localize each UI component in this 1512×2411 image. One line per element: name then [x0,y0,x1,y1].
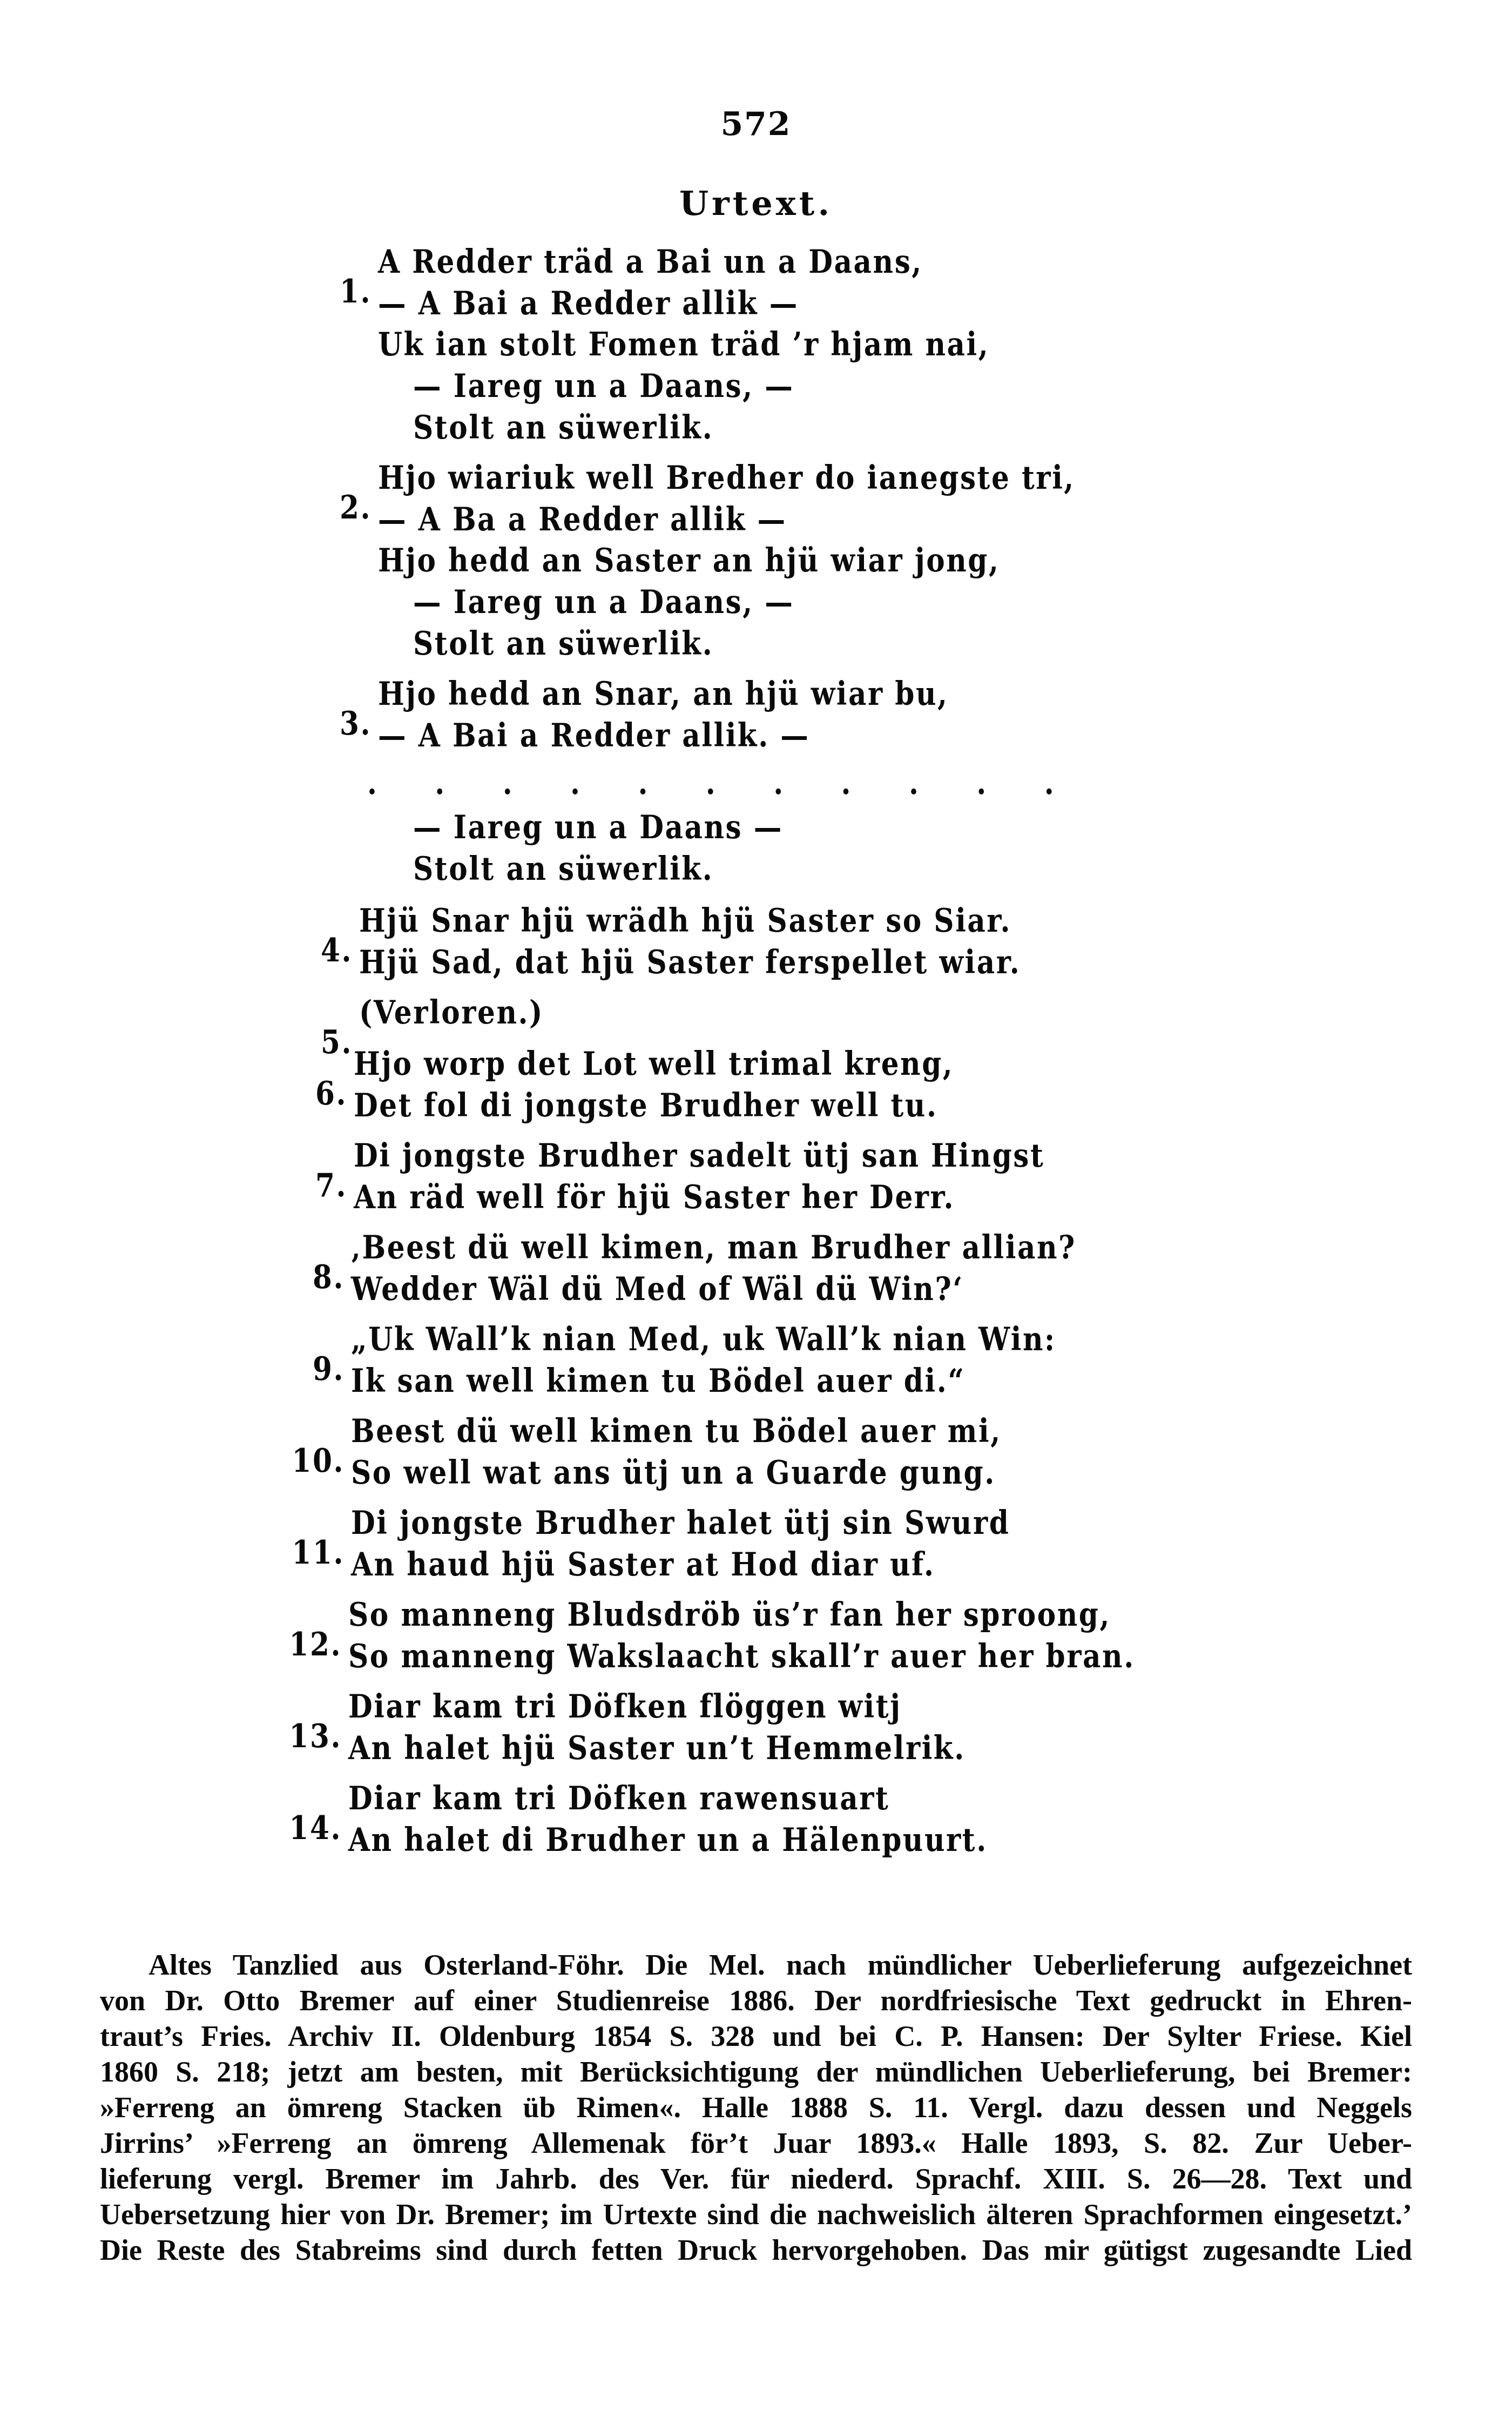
poem-line: So manneng Wakslaacht skall’r auer her b… [348,1638,1135,1675]
poem-line: Ik san well kimen tu Bödel auer di.“ [351,1362,965,1400]
poem-line: 2.Hjo wiariuk well Bredher do ianegste t… [378,459,1075,497]
poem-line: Stolt an süwerlik. [413,850,713,888]
poem-line: — A Ba a Redder allik — [378,501,787,538]
stanza-number: 1. [340,273,378,311]
stanza-number: 4. [321,932,359,969]
stanza-number: 11. [292,1534,351,1572]
stanza-number: 10. [292,1442,351,1480]
stanza-number: 2. [340,489,378,527]
stanza-number: 7. [315,1167,354,1204]
poem-line: — A Bai a Redder allik. — [378,717,809,755]
poem-line: 5.(Verloren.) [359,994,544,1032]
poem-line: An halet di Brudher un a Hälenpuurt. [348,1821,988,1859]
poem-line: 8.‚Beest dü well kimen, man Brudher alli… [351,1229,1076,1267]
poem-line: 10.Beest dü well kimen tu Bödel auer mi, [351,1412,1002,1450]
stanza-number: 9. [313,1350,351,1388]
poem-line: Uk ian stolt Fomen träd ’r hjam nai, [378,326,989,363]
poem-line: — Iareg un a Daans — [413,809,783,846]
poem-line: 11.Di jongste Brudher halet ütj sin Swur… [351,1504,1010,1542]
footnote-line: traut’s Fries. Archiv II. Oldenburg 1854… [100,2018,1412,2054]
page-number: 572 [0,105,1512,143]
poem-line: 3.Hjo hedd an Snar, an hjü wiar bu, [378,675,949,713]
poem-line: 4.Hjü Snar hjü wrädh hjü Saster so Siar. [359,902,1011,940]
stanza-number: 6. [315,1075,354,1113]
stanza-number: 12. [289,1626,348,1664]
poem-line: 12.So manneng Bludsdröb üs’r fan her spr… [348,1596,1111,1634]
poem-line: 9.„Uk Wall’k nian Med, uk Wall’k nian Wi… [351,1321,1056,1358]
footnote-line: »Ferreng an ömreng Stacken üb Rimen«. Ha… [100,2090,1412,2125]
poem-line: Hjü Sad, dat hjü Saster ferspellet wiar. [359,944,1021,981]
footnote-line: 1860 S. 218; jetzt am besten, mit Berück… [100,2054,1412,2090]
poem-line: Hjo hedd an Saster an hjü wiar jong, [378,542,1000,580]
poem-line: Stolt an süwerlik. [413,409,713,447]
footnote-line: Jirrins’ »Ferreng an ömreng Allemenak fö… [100,2125,1412,2161]
poem-line: 14.Diar kam tri Döfken rawensuart [348,1780,890,1817]
poem-line: So well wat ans ütj un a Guarde gung. [351,1454,996,1492]
footnote-line: Die Reste des Stabreims sind durch fette… [100,2232,1412,2268]
stanza-number: 13. [289,1718,348,1755]
footnote-line: von Dr. Otto Bremer auf einer Studienrei… [100,1983,1412,2018]
footnote: Altes Tanzlied aus Osterland-Föhr. Die M… [100,1947,1412,2268]
poem-line: — A Bai a Redder allik — [378,285,799,322]
ellipsis-line: . . . . . . . . . . . [367,764,1078,802]
poem-line: 1.A Redder träd a Bai un a Daans, [378,243,923,281]
poem-line: — Iareg un a Daans, — [413,583,794,621]
poem-line: Det fol di jongste Brudher well tu. [354,1087,937,1124]
stanza-number: 3. [340,705,378,743]
stanza-number: 8. [313,1258,351,1296]
poem-line: Stolt an süwerlik. [413,625,713,663]
footnote-line: lieferung vergl. Bremer im Jahrb. des Ve… [100,2161,1412,2197]
footnote-line: Altes Tanzlied aus Osterland-Föhr. Die M… [100,1947,1412,1983]
poem-line: An haud hjü Saster at Hod diar uf. [351,1546,935,1584]
poem-line: An halet hjü Saster un’t Hemmelrik. [348,1729,966,1767]
stanza-number: 14. [289,1809,348,1847]
poem-line: — Iareg un a Daans, — [413,367,794,405]
poem-line: An räd well för hjü Saster her Derr. [354,1178,955,1216]
footnote-line: Uebersetzung hier von Dr. Bremer; im Urt… [100,2197,1412,2232]
section-title: Urtext. [0,184,1512,223]
poem-line: 13.Diar kam tri Döfken flöggen witj [348,1688,901,1726]
poem-line: Wedder Wäl dü Med of Wäl dü Win?‘ [351,1270,964,1308]
poem-line: 6.Hjo worp det Lot well trimal kreng, [354,1045,954,1083]
poem-line: 7.Di jongste Brudher sadelt ütj san Hing… [354,1137,1044,1175]
